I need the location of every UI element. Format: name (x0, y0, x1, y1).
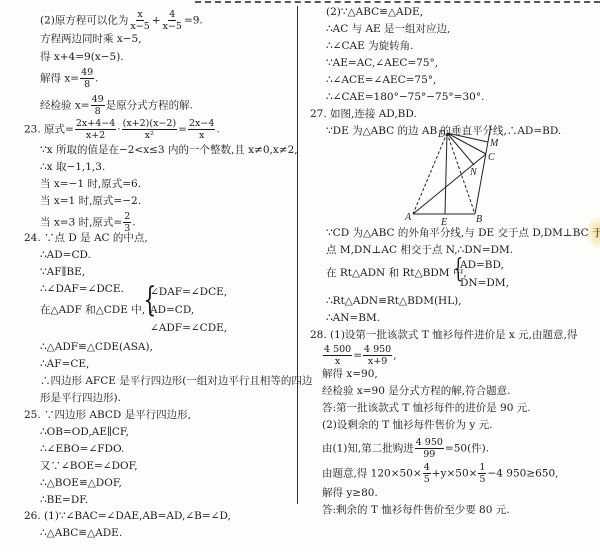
q27-line-7: ∴AN=BM. (326, 311, 380, 325)
q23-line-5: 当 x=1 时,原式=−2. (40, 194, 141, 208)
denominator: x (198, 130, 205, 141)
q24-system-2: AD=CD, (150, 303, 194, 317)
denominator: x+2 (85, 130, 106, 141)
text: +y×50× (432, 468, 478, 480)
text: =50(件). (445, 443, 489, 455)
text: (2)原方程可以化为 (40, 15, 128, 27)
q24-line-4: ∴∠DAF=∠DCE. (40, 282, 124, 296)
numerator: 4 950 (363, 344, 392, 356)
q24-line-8: ∴四边形 AFCE 是平行四边形(一组对边平行且相等的四边 (40, 374, 312, 388)
denominator: 5 (423, 474, 431, 485)
q22-line-2: 方程两边同时乘 x−5, (40, 32, 142, 46)
q22-line-4: 解得 x=498. (40, 67, 99, 90)
q26-line-1: 26. (1)∵∠BAC=∠DAE,AB=AD,∠B=∠D, (24, 509, 231, 523)
numerator: 4 (168, 9, 176, 21)
numerator: 49 (91, 94, 105, 106)
numerator: 49 (80, 67, 94, 79)
numerator: (x+2)(x−2) (122, 118, 178, 130)
q24-line-6: ∴△ADF≌△CDE(ASA), (40, 340, 153, 354)
q24-line-7: ∴AF=CE, (40, 357, 89, 371)
q28-line-1: 28. (1)设第一批该款式 T 恤衫每件进价是 x 元,由题意,得 (310, 328, 577, 342)
text: , (393, 350, 396, 362)
text: = (353, 350, 362, 362)
label-C: C (488, 152, 495, 163)
denominator: 99 (422, 449, 436, 460)
q24-system-1: ∠DAF=∠DCE, (150, 285, 227, 299)
fraction: 4x−5 (162, 9, 183, 32)
q24-line-2: ∴AD=CD. (40, 248, 91, 262)
denominator: x² (144, 130, 155, 141)
text: 解得 x= (40, 73, 79, 85)
text: . (95, 73, 98, 85)
numerator: 2 (123, 211, 131, 223)
numerator: 2x+4−4 (75, 118, 116, 130)
q23-line-1: 23. 原式=2x+4−4x+2·(x+2)(x−2)x²=2x−4x. (24, 118, 220, 141)
q27-line-6: ∴Rt△ADN≌Rt△BDM(HL), (326, 294, 462, 308)
numerator: x (136, 9, 143, 21)
text: 当 x=3 时,原式= (40, 217, 122, 229)
label-B: B (476, 214, 482, 225)
text: · (117, 124, 120, 136)
text: 经检验 x= (40, 100, 90, 112)
q26p2-line-2: ∴AC 与 AE 是一组对应边, (326, 22, 450, 36)
q28-line-3: 解得 x=90, (322, 367, 378, 381)
q28-line-2: 4 500x=4 950x+9, (322, 344, 397, 367)
q22-line-5: 经检验 x=498是原分式方程的解. (40, 94, 193, 117)
q28-line-7: 由(1)知,第二批购进4 95099=50(件). (322, 437, 489, 460)
q25-line-1: 25. ∵四边形 ABCD 是平行四边形, (24, 408, 191, 422)
fraction: 2x+4−4x+2 (75, 118, 116, 141)
denominator: 8 (94, 106, 102, 117)
q26p2-line-1: (2)∵△ABC≌△ADE, (326, 5, 423, 19)
label-N: N (469, 167, 478, 178)
denominator: 8 (83, 79, 91, 90)
q26p2-line-5: ∴∠ACE=∠AEC=75°, (326, 73, 436, 87)
fraction: 45 (423, 462, 431, 485)
column-divider (297, 6, 298, 504)
q28-line-10: 答:剩余的 T 恤衫每件售价至少要 80 元. (322, 503, 510, 517)
text: −4 950≥650, (487, 468, 558, 480)
q25-line-5: ∴△BOE≌△DOF, (40, 476, 122, 490)
q24-system-3: ∠ADF=∠CDE, (150, 321, 227, 335)
text: =9. (184, 15, 203, 27)
numerator: 2x−4 (188, 118, 215, 130)
q27-line-3: ∵CD 为△ABC 的外角平分线,与 DE 交于点 D,DM⊥BC 于 (326, 226, 600, 240)
q26p2-line-4: ∵AE=AC,∠AEC=75°, (326, 56, 438, 70)
fraction: 4 950x+9 (363, 344, 392, 367)
q28-line-9: 解得 y≥80. (322, 486, 378, 500)
fraction: 4 500x (323, 344, 352, 367)
q26p2-line-3: ∴∠CAE 为旋转角. (326, 39, 413, 53)
text: + (152, 15, 161, 27)
q24-line-3: ∵AF∥BE, (40, 265, 85, 279)
q23-line-3: ∴x 取−1,1,3. (40, 160, 105, 174)
q28-line-8: 由题意,得 120×50×45+y×50×15−4 950≥650, (322, 462, 559, 485)
top-dashed-border (195, 1, 600, 3)
q24-line-5-prefix: 在△ADF 和△CDE 中, (40, 303, 145, 317)
denominator: 5 (478, 474, 486, 485)
fraction: xx−5 (129, 9, 150, 32)
numerator: 4 500 (323, 344, 352, 356)
fraction: 15 (478, 462, 486, 485)
numerator: 4 950 (415, 437, 444, 449)
q22-line-1: (2)原方程可以化为xx−5+4x−5=9. (40, 9, 203, 32)
q28-line-5: 答:第一批该款式 T 恤衫每件的进价是 90 元. (322, 401, 531, 415)
label-A: A (404, 212, 412, 223)
text: 是原分式方程的解. (106, 100, 193, 112)
text: 由(1)知,第二批购进 (322, 443, 414, 455)
q25-line-6: ∴BE=DF. (40, 493, 88, 507)
text: = (178, 124, 187, 136)
q24-line-9: 形是平行四边形). (40, 391, 121, 405)
q27-line-4: 点 M,DN⊥AC 相交于点 N,∴DN=DM. (326, 243, 513, 257)
q28-line-6: (2)设剩余的 T 恤衫每件售价为 y 元. (322, 418, 493, 432)
q28-line-4: 经检验 x=90 是分式方程的解,符合题意. (322, 384, 510, 398)
denominator: x+9 (367, 356, 388, 367)
denominator: x (334, 356, 341, 367)
q25-line-4: 又∵∠BOE=∠DOF, (40, 459, 138, 473)
fraction: 2x−4x (188, 118, 215, 141)
label-D: D (437, 129, 446, 140)
text: 由题意,得 120×50× (322, 468, 422, 480)
q25-line-2: ∴OB=OD,AE∥CF, (40, 425, 129, 439)
geometry-figure: D M C N A E B (390, 125, 530, 230)
q22-line-3: 得 x+4=9(x−5). (40, 50, 124, 64)
q25-line-3: ∴∠EBO=∠FDO. (40, 442, 124, 456)
numerator: 1 (478, 462, 486, 474)
fraction: 4 95099 (415, 437, 444, 460)
denominator: x−5 (162, 21, 183, 32)
text: . (132, 217, 135, 229)
label-M: M (489, 138, 499, 149)
q27-line-5-prefix: 在 Rt△ADN 和 Rt△BDM 中, (326, 266, 467, 280)
fraction: (x+2)(x−2)x² (122, 118, 178, 141)
text: 23. 原式= (24, 124, 74, 136)
denominator: x−5 (129, 21, 150, 32)
q27-line-1: 27. 如图,连接 AD,BD. (310, 107, 417, 121)
numerator: 4 (423, 462, 431, 474)
q27-system-2: DN=DM, (460, 276, 509, 290)
q23-line-2: ∵x 所取的值是在−2<x≤3 内的一个整数,且 x≠0,x≠2, (40, 143, 298, 157)
q26p2-line-6: ∴∠CAE=180°−75°−75°=30°. (326, 90, 484, 104)
q23-line-4: 当 x=−1 时,原式=6. (40, 177, 141, 191)
q27-system-1: AD=BD, (460, 258, 504, 272)
fraction: 498 (91, 94, 105, 117)
q26-line-2: ∴△ABC≌△ADE. (40, 526, 122, 540)
text: . (216, 124, 219, 136)
fraction: 498 (80, 67, 94, 90)
q24-line-1: 24. ∵点 D 是 AC 的中点, (24, 231, 148, 245)
